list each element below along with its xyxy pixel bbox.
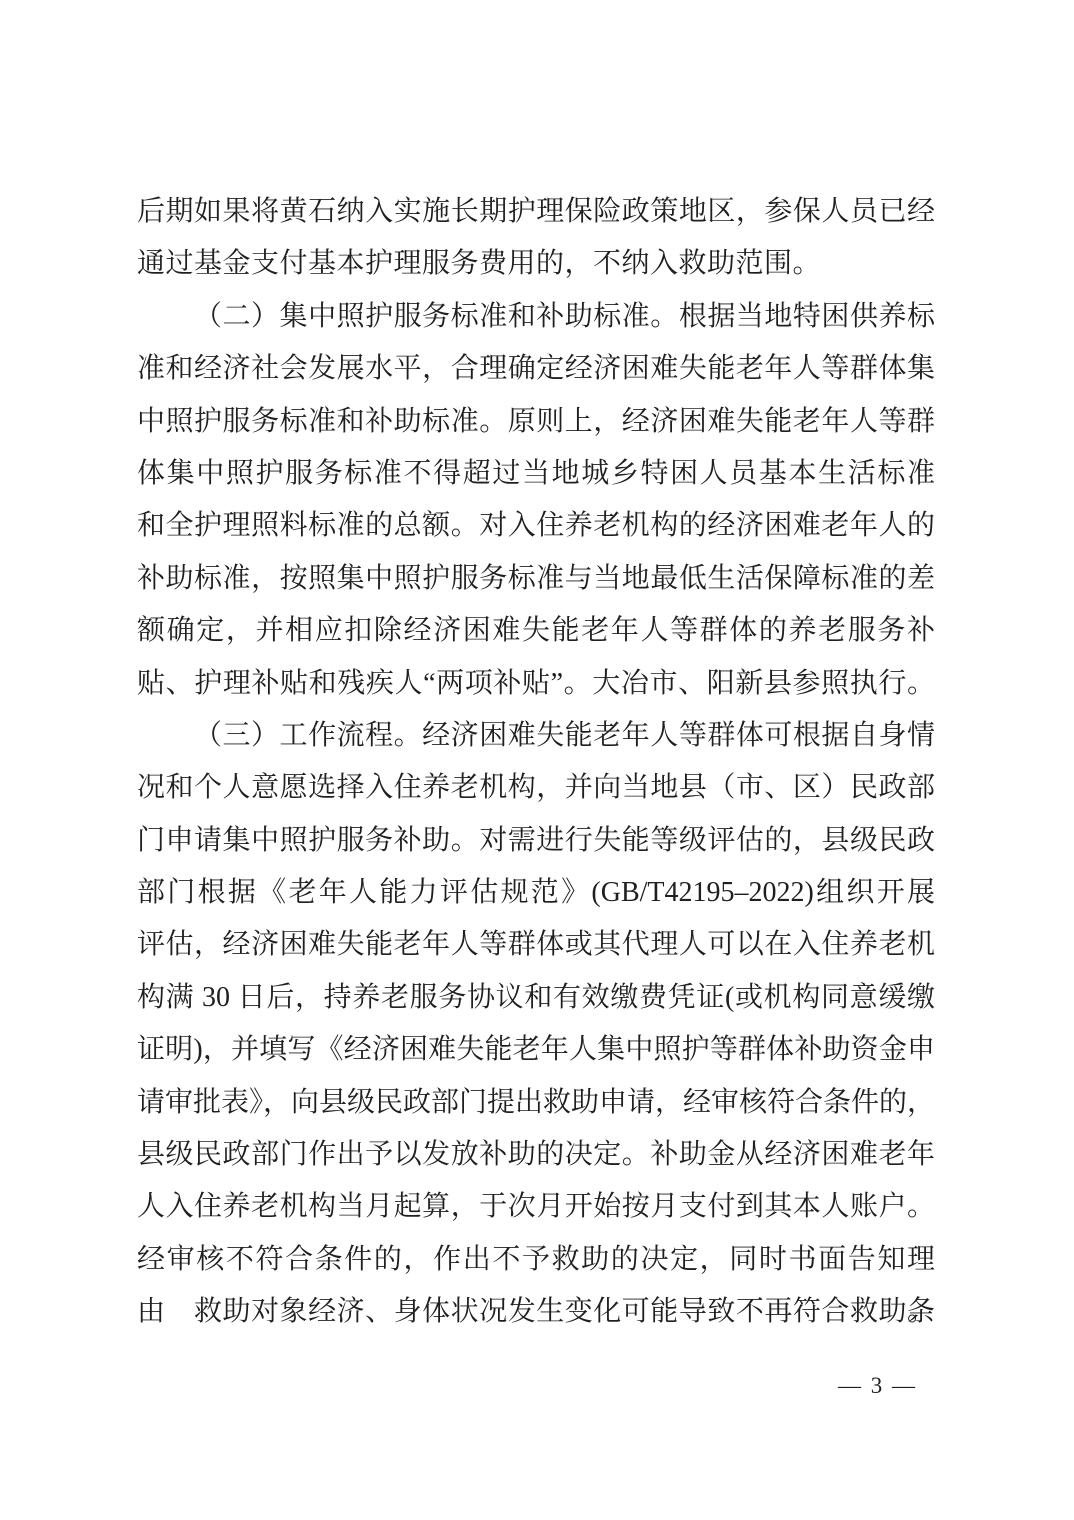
document-line: 救助对象经济、身体状况发生变化可能导致不再符合救助条 [137,1286,935,1338]
document-line-section-heading-2: （二）集中照护服务标准和补助标准。根据当地特困供养标 [137,291,935,343]
document-line: 补助标准，按照集中照护服务标准与当地最低生活保障标准的差 [137,553,935,605]
document-line: 县级民政部门作出予以发放补助的决定。补助金从经济困难老年 [137,1129,935,1181]
document-line: 准和经济社会发展水平，合理确定经济困难失能老年人等群体集 [137,343,935,395]
document-line: 请审批表》，向县级民政部门提出救助申请，经审核符合条件的， [137,1077,935,1129]
document-line: 后期如果将黄石纳入实施长期护理保险政策地区，参保人员已经 [137,186,935,238]
page-number: — 3 — [838,1372,917,1400]
document-page: 后期如果将黄石纳入实施长期护理保险政策地区，参保人员已经 通过基金支付基本护理服… [0,0,1074,1520]
document-line: 额确定，并相应扣除经济困难失能老年人等群体的养老服务补 [137,605,935,657]
document-line: 构满 30 日后，持养老服务协议和有效缴费凭证(或机构同意缓缴 [137,972,935,1024]
document-line: 部门根据《老年人能力评估规范》(GB/T42195–2022)组织开展 [137,867,935,919]
document-line: 中照护服务标准和补助标准。原则上，经济困难失能老年人等群 [137,396,935,448]
document-line: 况和个人意愿选择入住养老机构，并向当地县（市、区）民政部 [137,762,935,814]
document-line: 评估，经济困难失能老年人等群体或其代理人可以在入住养老机 [137,919,935,971]
document-line: 证明)，并填写《经济困难失能老年人集中照护等群体补助资金申 [137,1024,935,1076]
document-line: 人入住养老机构当月起算，于次月开始按月支付到其本人账户。 [137,1181,935,1233]
document-line: 经审核不符合条件的，作出不予救助的决定，同时书面告知理由。 [137,1234,935,1286]
document-line: 门申请集中照护服务补助。对需进行失能等级评估的，县级民政 [137,815,935,867]
document-line: 和全护理照料标准的总额。对入住养老机构的经济困难老年人的 [137,500,935,552]
document-body: 后期如果将黄石纳入实施长期护理保险政策地区，参保人员已经 通过基金支付基本护理服… [137,186,935,1339]
document-line-section-heading-3: （三）工作流程。经济困难失能老年人等群体可根据自身情 [137,710,935,762]
document-line: 体集中照护服务标准不得超过当地城乡特困人员基本生活标准 [137,448,935,500]
document-line: 贴、护理补贴和残疾人“两项补贴”。大冶市、阳新县参照执行。 [137,658,935,710]
document-line: 通过基金支付基本护理服务费用的，不纳入救助范围。 [137,238,935,290]
